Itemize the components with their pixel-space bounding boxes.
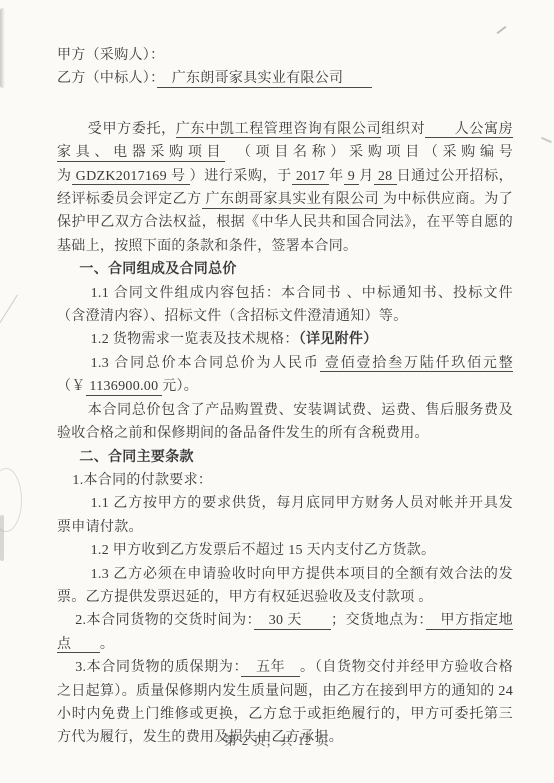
clause-1-2: 1.2 货物需求一览表及技术规格：（详见附件） <box>57 328 513 351</box>
filled-blank-text: 1136900.00 <box>86 379 163 396</box>
scan-artifact <box>0 468 22 532</box>
clause-1-1: 1.1 合同文件组成内容包括：本合同书 、中标通知书、投标文件（含澄清内容）、招… <box>57 282 513 329</box>
section-2-heading: 二、合同主要条款 <box>57 446 513 469</box>
preamble-paragraph: 受甲方委托，广东中凯工程管理咨询有限公司组织对 人公寓房家具、电器采购项目 （项… <box>57 118 513 258</box>
clause-2-1-2: 1.2 甲方收到乙方发票后不超过 15 天内支付乙方货款。 <box>57 539 513 562</box>
filled-blank-text: 9 <box>344 169 359 186</box>
clause-2-2: 2.本合同货物的交货时间为： 30 天 ；交货地点为： 甲方指定地点 。 <box>57 609 513 656</box>
text-run: ；交货地点为： <box>331 613 426 628</box>
text-run: 受甲方委托， <box>88 122 176 137</box>
clause-1-3: 1.3 合同总价本合同总价为人民币 壹佰壹拾叁万陆仟玖佰元整（￥ 1136900… <box>57 352 513 399</box>
filled-blank-text: 2017 <box>292 169 329 186</box>
party-a-line: 甲方（采购人）： <box>57 44 513 67</box>
text-run: 1.3 乙方必须在申请验收时向甲方提供本项目的全额有效合法的发票。乙方提供发票迟… <box>57 567 513 605</box>
text-run: 3.本合同货物的质保期为： <box>75 660 241 675</box>
party-b-line: 乙方（中标人）： 广东朗哥家具实业有限公司 <box>57 67 513 90</box>
filled-blank-text: 五年 <box>241 660 300 677</box>
scan-artifact <box>0 294 31 347</box>
text-run: 1.1 合同文件组成内容包括：本合同书 、中标通知书、投标文件（含澄清内容）、招… <box>57 286 513 324</box>
filled-blank-text: 28 <box>374 169 397 186</box>
scan-artifact <box>0 8 5 88</box>
text-run: 1.本合同的付款要求： <box>72 473 212 488</box>
filled-blank-text: GDZK2017169 号 <box>72 169 190 186</box>
text-run: 甲方（采购人）： <box>57 48 164 63</box>
filled-blank-text: 广东朗哥家具实业有限公司 <box>202 192 383 209</box>
page-number: 第 2 页，共 12 页 <box>224 734 330 748</box>
scan-artifact <box>0 515 4 561</box>
text-run: 一、合同组成及合同总价 <box>79 262 236 277</box>
text-run: 二、合同主要条款 <box>79 450 193 465</box>
text-run: 1.3 合同总价本合同总价为人民币 <box>91 356 320 371</box>
filled-blank-text: 30 天 <box>254 613 331 630</box>
text-run: 。 <box>100 637 114 652</box>
clause-2-1-1: 1.1 乙方按甲方的要求供货，每月底同甲方财务人员对帐并开具发票申请付款。 <box>57 492 513 539</box>
text-run: （详见附件） <box>299 332 378 347</box>
text-run: 乙方（中标人）： <box>57 71 157 86</box>
section-1-heading: 一、合同组成及合同总价 <box>57 258 513 281</box>
contract-page-scan: 甲方（采购人）：乙方（中标人）： 广东朗哥家具实业有限公司 受甲方委托，广东中凯… <box>0 0 554 783</box>
scan-artifact <box>541 137 552 143</box>
total-price-note: 本合同总价包含了产品购置费、安装调试费、运费、售后服务费及验收合格之前和保修期间… <box>57 399 513 446</box>
filled-blank-text: 广东中凯工程管理咨询有限公司 <box>176 122 381 139</box>
text-run: 1.2 货物需求一览表及技术规格： <box>91 332 299 347</box>
text-run: 元）。 <box>162 379 198 394</box>
filled-blank-text: 壹佰壹拾叁万陆仟玖佰元整 <box>320 356 513 373</box>
contract-body: 甲方（采购人）：乙方（中标人）： 广东朗哥家具实业有限公司 受甲方委托，广东中凯… <box>57 44 513 750</box>
text-run: 2.本合同货物的交货时间为： <box>75 613 254 628</box>
clause-2-1: 1.本合同的付款要求： <box>57 469 513 492</box>
text-run: 组织对 <box>381 122 425 137</box>
text-run: 1.1 乙方按甲方的要求供货，每月底同甲方财务人员对帐并开具发票申请付款。 <box>57 496 513 534</box>
text-run: （￥ <box>57 379 86 394</box>
text-run: ）进行采购，于 <box>190 169 292 184</box>
text-run: 1.2 甲方收到乙方发票后不超过 15 天内支付乙方货款。 <box>91 543 436 558</box>
page-footer: 第 2 页，共 12 页 <box>0 731 554 749</box>
scan-artifact <box>497 26 507 34</box>
text-run: 年 <box>329 169 344 184</box>
text-run: 月 <box>359 169 374 184</box>
filled-blank-text: 广东朗哥家具实业有限公司 <box>157 71 372 88</box>
clause-2-1-3: 1.3 乙方必须在申请验收时向甲方提供本项目的全额有效合法的发票。乙方提供发票迟… <box>57 563 513 610</box>
text-run: 本合同总价包含了产品购置费、安装调试费、运费、售后服务费及验收合格之前和保修期间… <box>57 403 513 441</box>
